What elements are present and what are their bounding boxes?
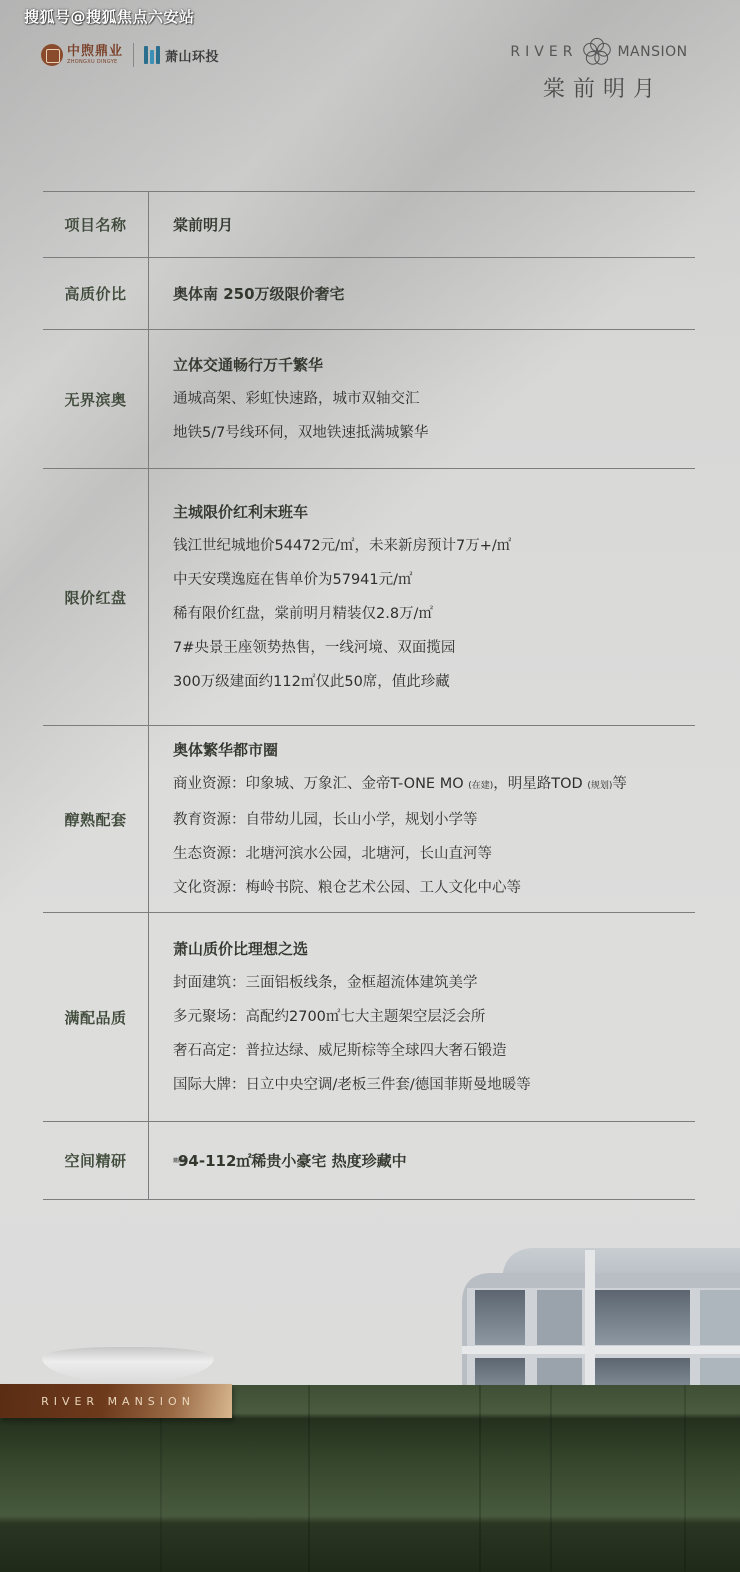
row-line: 文化资源：梅岭书院、粮仓艺术公园、工人文化中心等	[173, 871, 695, 905]
status-note: (规划)	[587, 781, 612, 791]
project-brand: RIVER MANSION 棠前明月	[501, 36, 697, 103]
row-line: 教育资源：自带幼儿园，长山小学，规划小学等	[173, 803, 695, 837]
row-line: 地铁5/7号线环伺，双地铁速抵满城繁华	[173, 416, 695, 450]
xiaoshan-logo: 萧山环投	[144, 46, 219, 65]
table-row: 高质价比 奥体南 250万级限价奢宅	[43, 258, 695, 330]
status-note: (在建)	[468, 781, 493, 791]
row-line: 中天安璞逸庭在售单价为57941元/㎡	[173, 563, 695, 597]
row-label: 无界滨奥	[43, 330, 149, 468]
building-rendering-image	[457, 1228, 740, 1406]
row-label: 满配品质	[43, 913, 149, 1121]
table-row: 无界滨奥 立体交通畅行万千繁华 通城高架、彩虹快速路，城市双轴交汇 地铁5/7号…	[43, 330, 695, 469]
row-line: 7#央景王座领势热售，一线河境、双面揽园	[173, 631, 695, 665]
row-label: 醇熟配套	[43, 726, 149, 912]
developer-logos: 中煦鼎业 ZHONGXU DINGYE 萧山环投	[41, 41, 219, 69]
row-line: 封面建筑：三面铝板线条，金框超流体建筑美学	[173, 966, 695, 1000]
xiaoshan-emblem-icon	[144, 46, 160, 64]
row-line: 300万级建面约112㎡仅此50席，值此珍藏	[173, 665, 695, 699]
row-label: 限价红盘	[43, 469, 149, 725]
plaque-text: RIVER MANSION	[41, 1395, 195, 1408]
brand-plaque: RIVER MANSION	[0, 1384, 232, 1418]
table-row: 空间精研 建面约94-112㎡稀贵小豪宅 热度珍藏中	[43, 1122, 695, 1200]
zhongxu-emblem-icon	[41, 44, 63, 66]
row-label: 项目名称	[43, 192, 149, 257]
row-line: 稀有限价红盘，棠前明月精装仅2.8万/㎡	[173, 597, 695, 631]
brand-cn-name: 棠前明月	[543, 72, 663, 103]
row-line: 奢石高定：普拉达绿、威尼斯棕等全球四大奢石锻造	[173, 1034, 695, 1068]
table-row: 满配品质 萧山质价比理想之选 封面建筑：三面铝板线条，金框超流体建筑美学 多元聚…	[43, 913, 695, 1122]
row-value: 建面约94-112㎡稀贵小豪宅 热度珍藏中	[173, 1144, 695, 1178]
project-info-table: 项目名称 棠前明月 高质价比 奥体南 250万级限价奢宅 无界滨奥 立体交通畅行…	[43, 191, 695, 1200]
table-row: 限价红盘 主城限价红利末班车 钱江世纪城地价54472元/㎡，未来新房预计7万+…	[43, 469, 695, 726]
flower-icon	[581, 36, 613, 68]
row-label: 空间精研	[43, 1122, 149, 1199]
xiaoshan-name: 萧山环投	[165, 46, 219, 65]
row-line: 钱江世纪城地价54472元/㎡，未来新房预计7万+/㎡	[173, 529, 695, 563]
row-line: 通城高架、彩虹快速路，城市双轴交汇	[173, 382, 695, 416]
zhongxu-name-en: ZHONGXU DINGYE	[67, 60, 123, 65]
row-line: 商业资源：印象城、万象汇、金帝T-ONE MO (在建)，明星路TOD (规划)…	[173, 767, 695, 803]
logo-divider	[133, 43, 134, 67]
zhongxu-name-cn: 中煦鼎业	[67, 45, 123, 58]
row-line: 国际大牌：日立中央空调/老板三件套/德国菲斯曼地暖等	[173, 1068, 695, 1102]
row-headline: 奥体繁华都市圈	[173, 733, 695, 767]
row-headline: 主城限价红利末班车	[173, 495, 695, 529]
row-headline: 萧山质价比理想之选	[173, 932, 695, 966]
row-line: 生态资源：北塘河滨水公园，北塘河，长山直河等	[173, 837, 695, 871]
table-row: 项目名称 棠前明月	[43, 192, 695, 258]
brand-en-left: RIVER	[510, 44, 577, 60]
brand-en-right: MANSION	[617, 44, 687, 60]
row-value: 棠前明月	[173, 208, 695, 242]
table-row: 醇熟配套 奥体繁华都市圈 商业资源：印象城、万象汇、金帝T-ONE MO (在建…	[43, 726, 695, 913]
row-label: 高质价比	[43, 258, 149, 329]
watermark: 搜狐号@搜狐焦点六安站	[24, 6, 195, 27]
row-value: 奥体南 250万级限价奢宅	[173, 277, 695, 311]
zhongxu-logo: 中煦鼎业 ZHONGXU DINGYE	[41, 44, 123, 66]
row-line: 多元聚场：高配约2700㎡七大主题架空层泛会所	[173, 1000, 695, 1034]
row-headline: 立体交通畅行万千繁华	[173, 348, 695, 382]
